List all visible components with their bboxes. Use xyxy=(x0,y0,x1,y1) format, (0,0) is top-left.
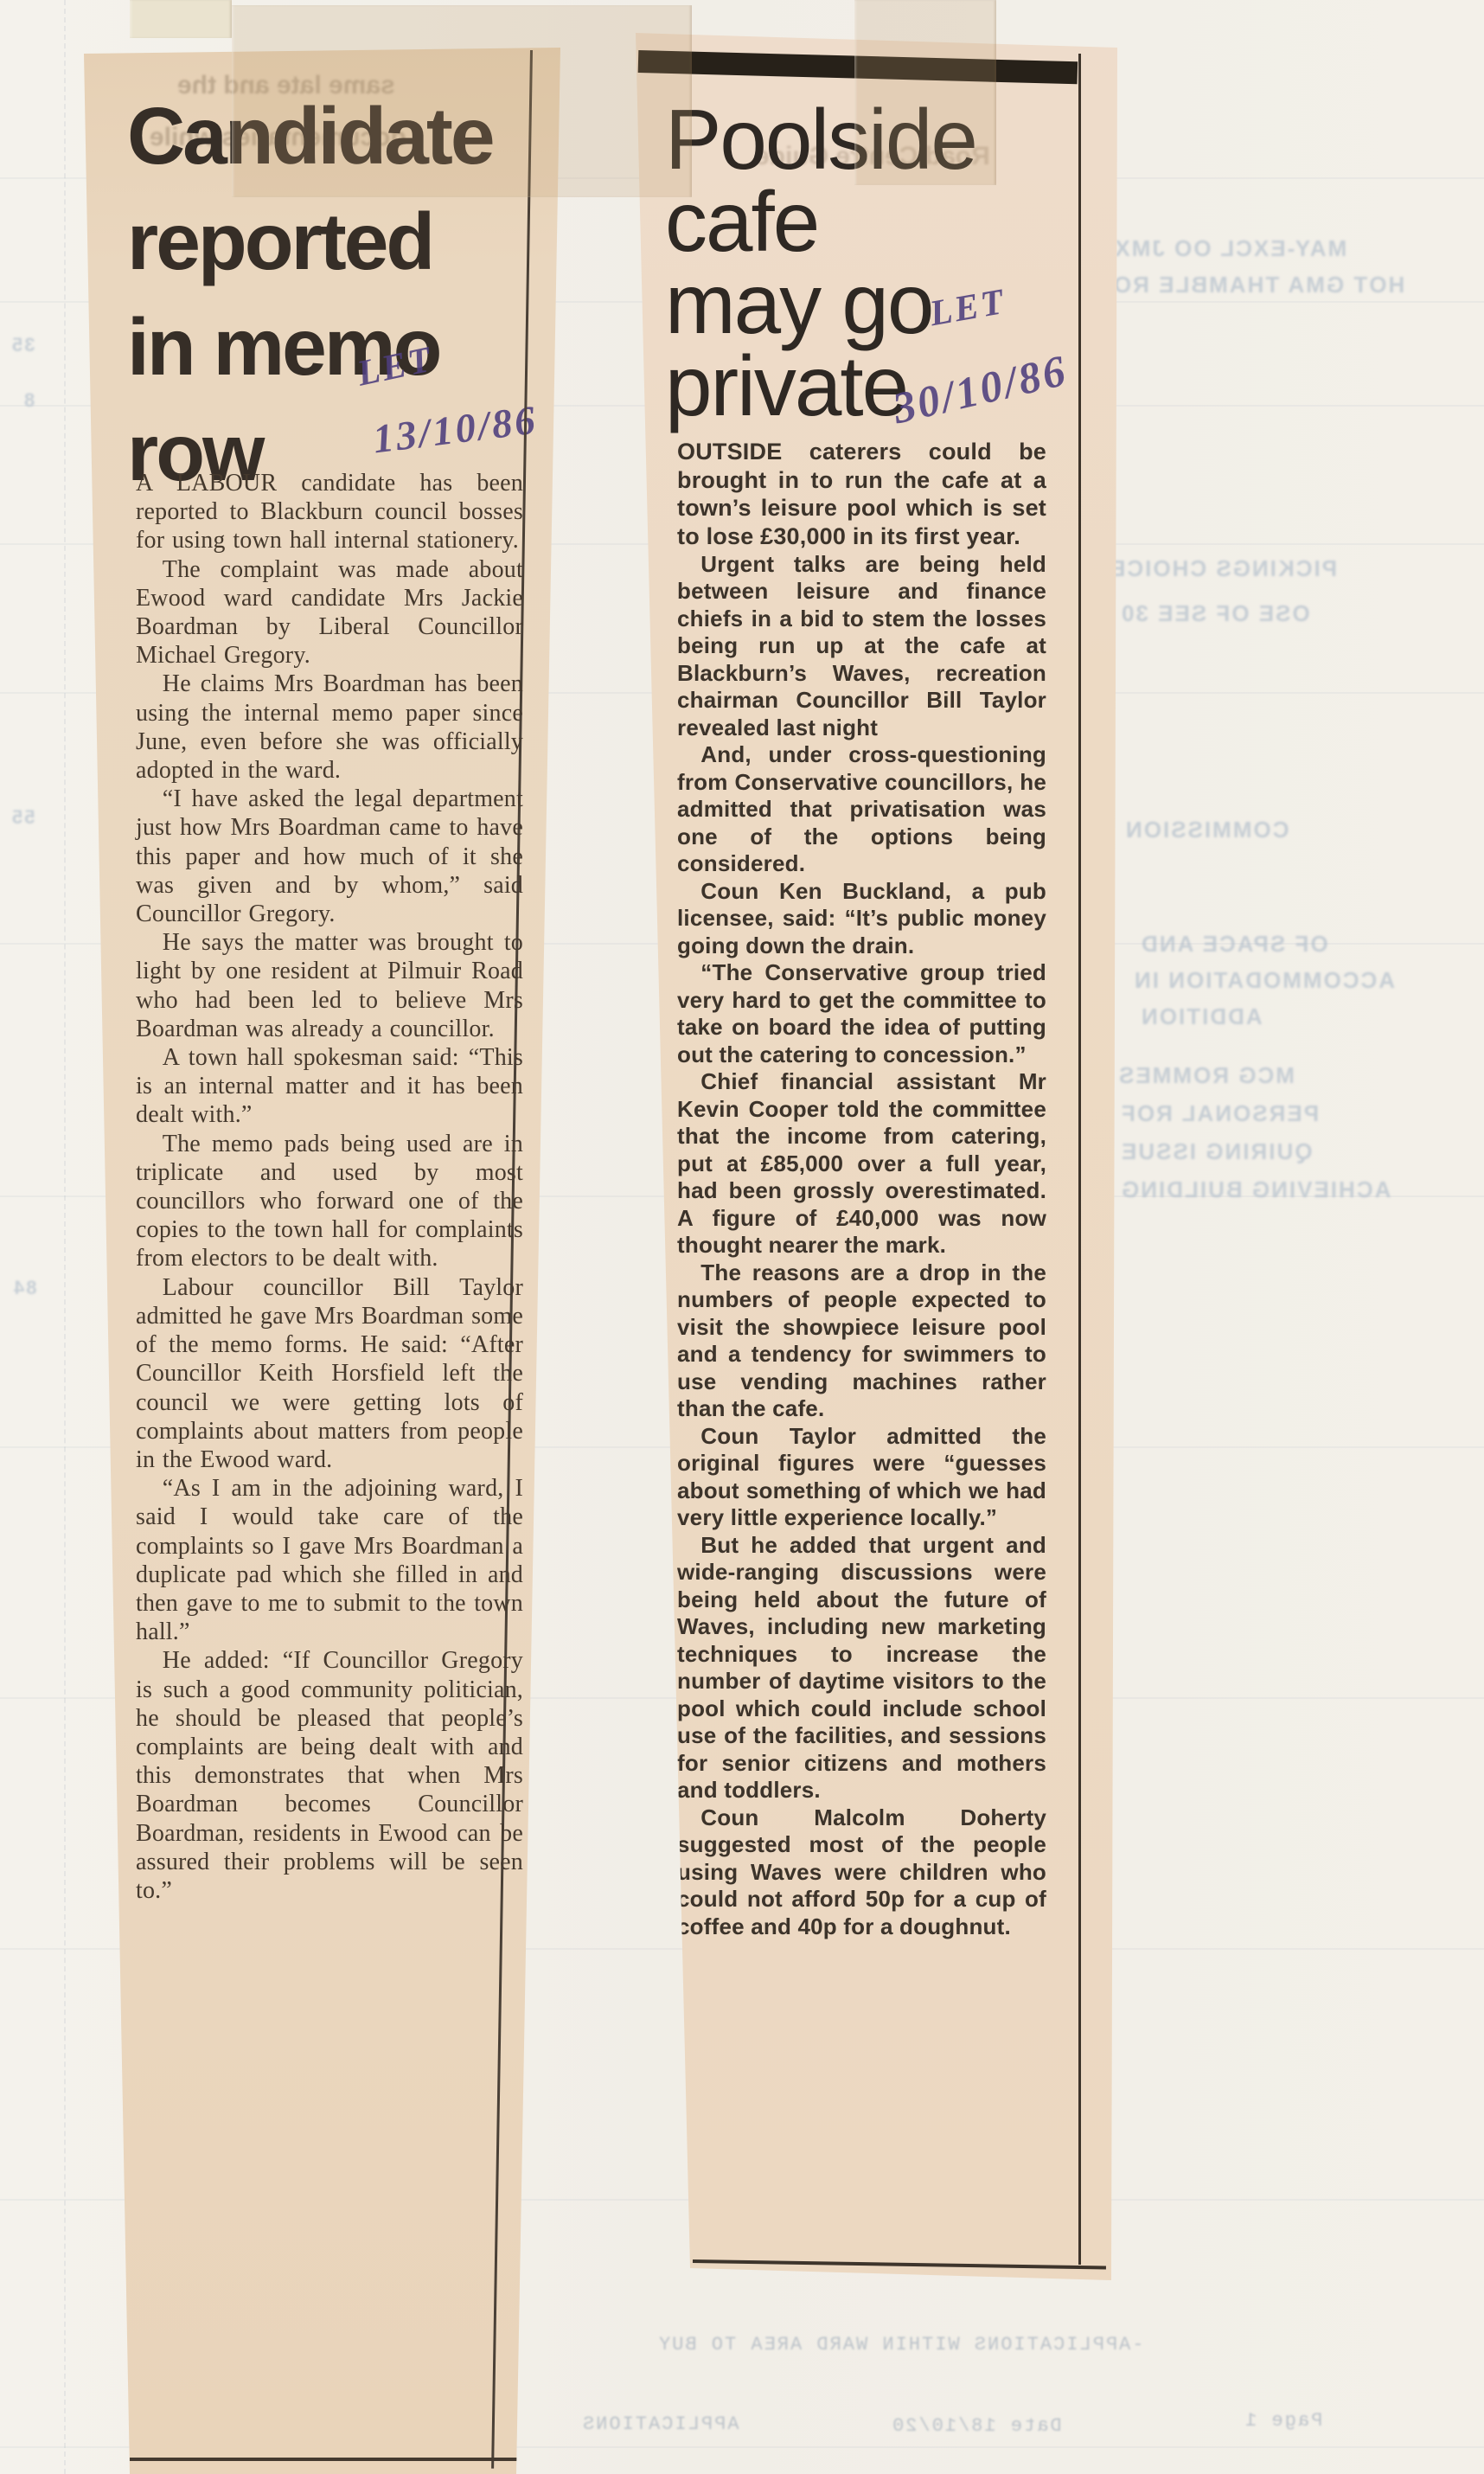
article-paragraph: Coun Malcolm Doherty suggested most of t… xyxy=(677,1804,1046,1941)
article-paragraph: The reasons are a drop in the numbers of… xyxy=(677,1259,1046,1423)
ghost-text: ACCOMMODATION IN xyxy=(1133,967,1395,994)
ghost-text: -APPLICATIONS WITHIN WARD AREA TO BUY xyxy=(657,2334,1143,2355)
article-paragraph: “The Conservative group tried very hard … xyxy=(677,959,1046,1068)
ghost-text: MCG ROMMES xyxy=(1117,1062,1295,1089)
article-paragraph: “As I am in the adjoining ward, I said I… xyxy=(136,1474,523,1646)
article-paragraph: A town hall spokesman said: “This is an … xyxy=(136,1043,523,1130)
ghost-text: ADDITION xyxy=(1140,1003,1263,1030)
article-paragraph: Coun Ken Buckland, a pub licensee, said:… xyxy=(677,878,1046,960)
sticky-tape xyxy=(854,0,996,185)
article-paragraph: He claims Mrs Boardman has been using th… xyxy=(136,670,523,785)
article-paragraph: A LABOUR candidate has been reported to … xyxy=(136,469,523,555)
ghost-text: ACHIEVING BUILDING xyxy=(1120,1176,1391,1203)
ghost-text: Date 18/10/20 xyxy=(891,2415,1062,2437)
article-paragraph: The memo pads being used are in triplica… xyxy=(136,1130,523,1273)
printed-bottom-rule xyxy=(693,2259,1106,2270)
article-body: OUTSIDE caterers could be brought in to … xyxy=(677,438,1046,1940)
sticky-tape xyxy=(232,5,692,197)
article-paragraph: Chief financial assistant Mr Kevin Coope… xyxy=(677,1068,1046,1259)
ghost-text: APPLICATIONS xyxy=(581,2413,739,2435)
ghost-text: 84 xyxy=(12,1277,36,1299)
article-paragraph: OUTSIDE caterers could be brought in to … xyxy=(677,438,1046,551)
ghost-text: PICKINGS CHOICE xyxy=(1109,555,1337,582)
printed-column-rule xyxy=(1078,54,1081,2265)
ghost-text: 55 xyxy=(10,806,35,829)
article-paragraph: Urgent talks are being held between leis… xyxy=(677,551,1046,742)
article-paragraph: But he added that urgent and wide-rangin… xyxy=(677,1532,1046,1804)
ghost-text: COMMISSION xyxy=(1124,817,1289,843)
ghost-text: PERSONAL ROF xyxy=(1120,1100,1319,1127)
ghost-text: OSE OF SEE 30 xyxy=(1120,600,1310,627)
article-paragraph: “I have asked the legal department just … xyxy=(136,785,523,928)
ghost-text: 35 xyxy=(10,334,35,356)
ghost-text: OF SPACE AND xyxy=(1140,931,1328,958)
ghost-text: 8 xyxy=(22,389,35,412)
left-newspaper-clipping: same late and the documentaries while Ca… xyxy=(82,45,564,2474)
ghost-text: QUIRING ISSUE xyxy=(1120,1138,1312,1165)
ghost-text: HOT GMA THAMBLE ROT xyxy=(1097,272,1404,298)
sticky-tape xyxy=(130,0,232,38)
margin-rule xyxy=(64,0,66,2474)
article-paragraph: Labour councillor Bill Taylor admitted h… xyxy=(136,1273,523,1474)
article-paragraph: He added: “If Councillor Gregory is such… xyxy=(136,1646,523,1905)
article-paragraph: Coun Taylor admitted the original figure… xyxy=(677,1423,1046,1532)
ghost-text: MAY-EXCL OO JMXE xyxy=(1097,235,1346,262)
ghost-text: Page 1 xyxy=(1244,2410,1322,2432)
right-newspaper-clipping: Road Centre Guide Poolside cafe may go p… xyxy=(634,31,1118,2282)
article-paragraph: And, under cross-questioning from Conser… xyxy=(677,741,1046,878)
scrapbook-page: { "page": { "description": "Scanned scra… xyxy=(0,0,1484,2474)
article-paragraph: The complaint was made about Ewood ward … xyxy=(136,555,523,670)
article-paragraph: He says the matter was brought to light … xyxy=(136,928,523,1043)
printed-bottom-rule xyxy=(130,2458,519,2461)
article-body: A LABOUR candidate has been reported to … xyxy=(136,469,523,1905)
